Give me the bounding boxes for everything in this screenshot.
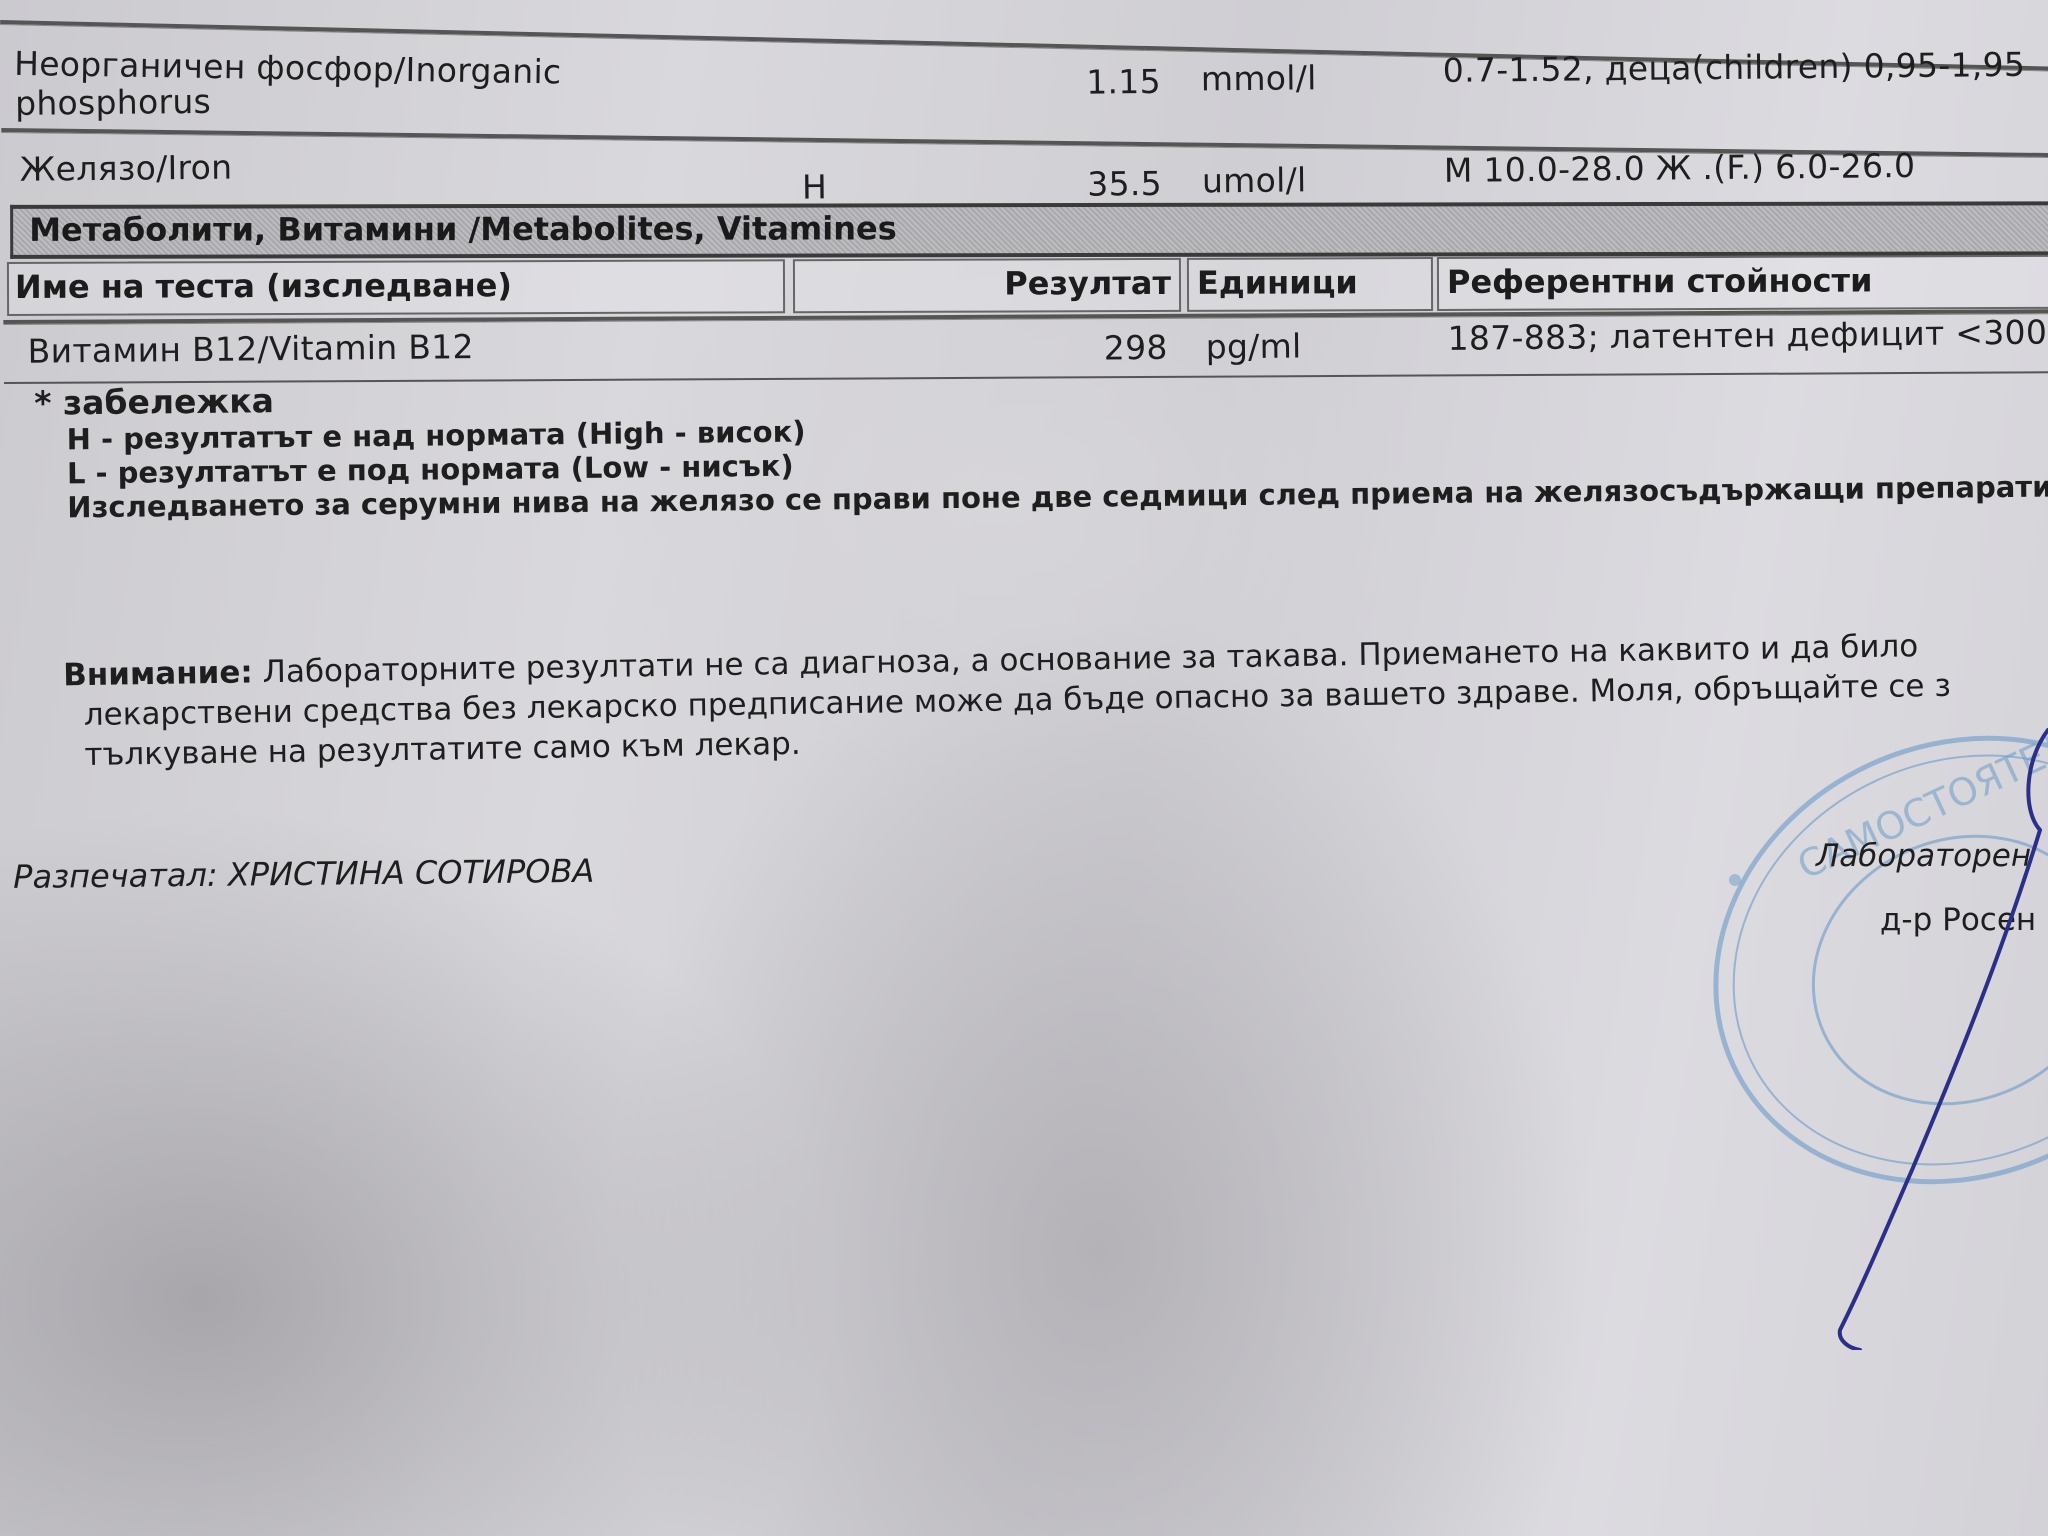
signature-lab-title: Лабораторен — [1816, 838, 2031, 874]
reference-range: 0.7-1.52, деца(children) 0,95-1,95 — [1443, 45, 2026, 90]
section-title: Метаболити, Витамини /Metabolites, Vitam… — [29, 209, 897, 249]
lab-report-page: Неорганичен фосфор/Inorganic phosphorus … — [0, 0, 2048, 1536]
result-value: 35.5 — [1062, 164, 1162, 204]
warning-disclaimer: Внимание: Лабораторните резултати не са … — [63, 626, 1952, 776]
column-header-reference: Референтни стойности — [1437, 255, 2048, 311]
column-header-unit-label: Единици — [1197, 263, 1358, 302]
result-value: 1.15 — [1061, 62, 1161, 102]
section-header-metabolites-vitamins: Метаболити, Витамини /Metabolites, Vitam… — [10, 201, 2048, 259]
notes-section: * забележка H - резултатът е над нормата… — [34, 362, 2048, 524]
reference-range: 187-883; латентен дефицит <300 — [1447, 313, 2047, 358]
column-header-test-name: Име на теста (изследване) — [7, 259, 785, 316]
warning-label: Внимание: — [63, 654, 253, 693]
unit: umol/l — [1202, 160, 1307, 200]
column-header-reference-label: Референтни стойности — [1447, 261, 1873, 300]
flag-high: H — [802, 167, 828, 206]
signature-doctor-name: д-р Росен — [1880, 902, 2036, 938]
reference-range: М 10.0-28.0 Ж .(F.) 6.0-26.0 — [1444, 146, 1916, 190]
column-header-test-name-label: Име на теста (изследване) — [15, 266, 512, 306]
result-value: 298 — [1064, 328, 1168, 368]
test-name: Желязо/Iron — [20, 148, 233, 189]
unit: mmol/l — [1201, 58, 1317, 98]
test-name-continued: phosphorus — [15, 82, 211, 123]
column-header-unit: Единици — [1187, 257, 1433, 312]
unit: pg/ml — [1205, 326, 1301, 366]
test-name: Витамин B12/Vitamin B12 — [27, 327, 474, 371]
column-header-result-label: Резултат — [1004, 264, 1171, 303]
column-header-result: Резултат — [793, 258, 1181, 313]
printed-by: Разпечатал: ХРИСТИНА СОТИРОВА — [13, 852, 595, 896]
